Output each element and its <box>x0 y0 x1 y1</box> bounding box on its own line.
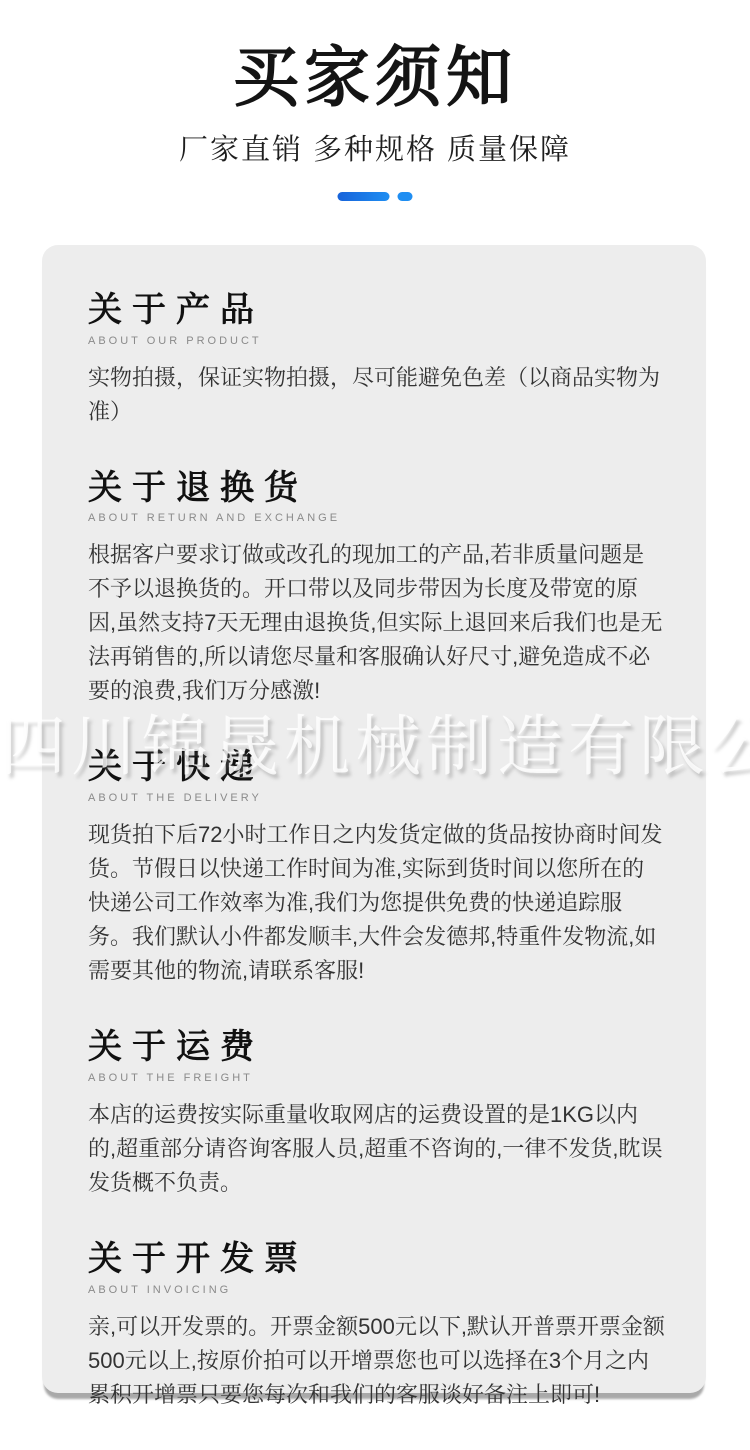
accent-divider <box>338 192 413 201</box>
section-delivery: 关于快递 ABOUT THE DELIVERY 现货拍下后72小时工作日之内发货… <box>88 749 662 988</box>
page-title: 买家须知 <box>0 24 750 119</box>
section-invoicing: 关于开发票 ABOUT INVOICING 亲,可以开发票的。开票金额500元以… <box>88 1241 662 1412</box>
section-subheading: ABOUT RETURN AND EXCHANGE <box>88 512 662 524</box>
section-subheading: ABOUT OUR PRODUCT <box>88 335 662 347</box>
section-heading: 关于快递 <box>88 749 662 786</box>
section-return-exchange: 关于退换货 ABOUT RETURN AND EXCHANGE 根据客户要求订做… <box>88 470 662 709</box>
section-heading: 关于产品 <box>88 292 662 329</box>
divider-dot <box>398 192 413 201</box>
section-body: 亲,可以开发票的。开票金额500元以下,默认开普票开票金额500元以上,按原价拍… <box>88 1310 666 1412</box>
section-subheading: ABOUT INVOICING <box>88 1284 662 1296</box>
section-body: 实物拍摄，保证实物拍摄，尽可能避免色差（以商品实物为准） <box>88 361 666 429</box>
section-subheading: ABOUT THE FREIGHT <box>88 1072 662 1084</box>
buyer-notice-card: 关于产品 ABOUT OUR PRODUCT 实物拍摄，保证实物拍摄，尽可能避免… <box>42 245 706 1393</box>
section-body: 本店的运费按实际重量收取网店的运费设置的是1KG以内的,超重部分请咨询客服人员,… <box>88 1098 666 1200</box>
section-heading: 关于退换货 <box>88 470 662 507</box>
divider-bar <box>338 192 390 201</box>
section-freight: 关于运费 ABOUT THE FREIGHT 本店的运费按实际重量收取网店的运费… <box>88 1029 662 1200</box>
section-subheading: ABOUT THE DELIVERY <box>88 792 662 804</box>
section-heading: 关于运费 <box>88 1029 662 1066</box>
section-body: 现货拍下后72小时工作日之内发货定做的货品按协商时间发货。节假日以快递工作时间为… <box>88 818 666 988</box>
page-subtitle: 厂家直销 多种规格 质量保障 <box>0 127 750 168</box>
section-body: 根据客户要求订做或改孔的现加工的产品,若非质量问题是不予以退换货的。开口带以及同… <box>88 538 666 708</box>
section-about-product: 关于产品 ABOUT OUR PRODUCT 实物拍摄，保证实物拍摄，尽可能避免… <box>88 292 662 429</box>
section-heading: 关于开发票 <box>88 1241 662 1278</box>
